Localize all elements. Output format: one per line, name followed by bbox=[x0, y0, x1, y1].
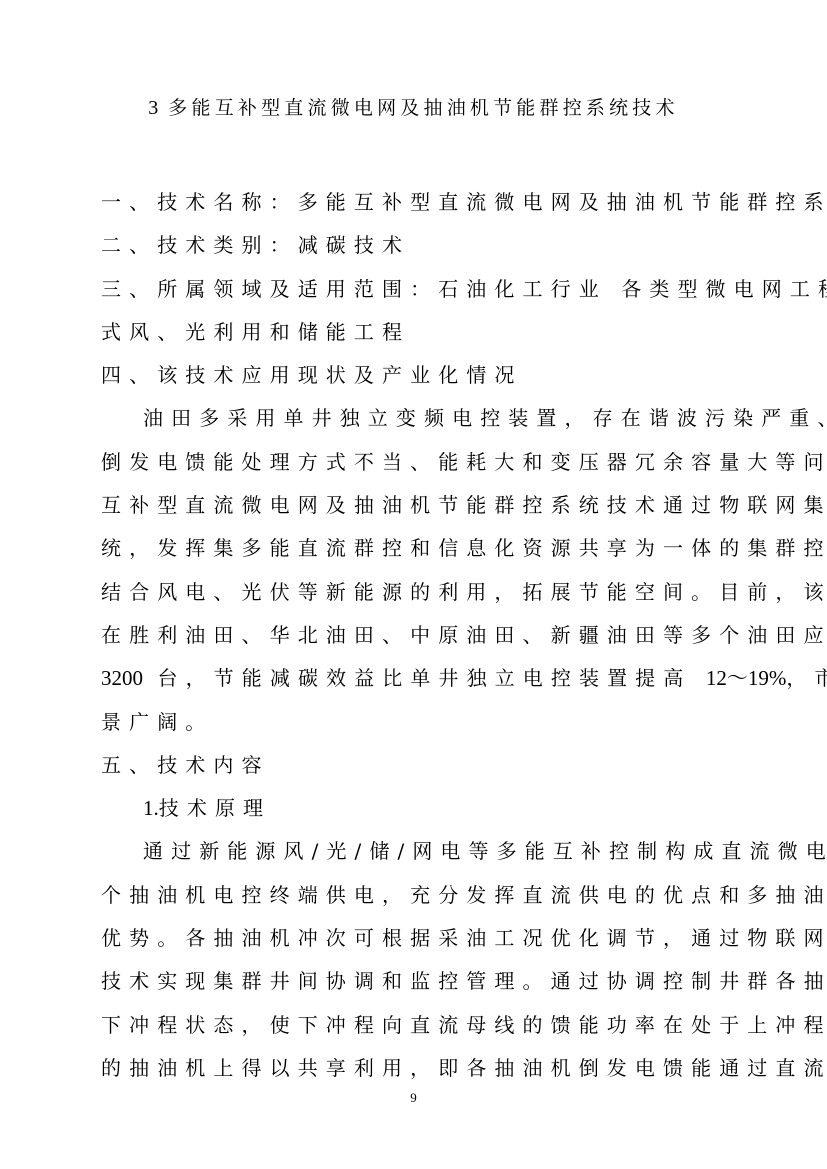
subsection-heading: 1.技术原理 bbox=[101, 787, 726, 830]
section-status-heading: 四、该技术应用现状及产业化情况 bbox=[101, 354, 726, 397]
section-heading: 二、技术类别： bbox=[101, 233, 298, 257]
section-application-scope-cont: 式风、光利用和储能工程 bbox=[101, 311, 726, 354]
paragraph-line: 结合风电、光伏等新能源的利用，拓展节能空间。目前，该技术已经 bbox=[101, 571, 726, 614]
section-value: 石油化工行业 各类型微电网工程及分布 bbox=[438, 277, 827, 301]
document-body: 一、技术名称：多能互补型直流微电网及抽油机节能群控系统技术 二、技术类别：减碳技… bbox=[101, 181, 726, 1090]
paragraph-line: 优势。各抽油机冲次可根据采油工况优化调节，通过物联网无线通讯 bbox=[101, 917, 726, 960]
paragraph-line: 个抽油机电控终端供电，充分发挥直流供电的优点和多抽油机的群体 bbox=[101, 874, 726, 917]
section-application-scope: 三、所属领域及适用范围：石油化工行业 各类型微电网工程及分布 bbox=[101, 268, 726, 311]
paragraph-line: 油田多采用单井独立变频电控装置，存在谐波污染严重、抽油机 bbox=[101, 397, 726, 440]
page-number: 9 bbox=[0, 1090, 827, 1106]
section-heading: 三、所属领域及适用范围： bbox=[101, 277, 438, 301]
section-value: 多能互补型直流微电网及抽油机节能群控系统技术 bbox=[298, 190, 827, 214]
paragraph-line: 3200 台，节能减碳效益比单井独立电控装置提高 12～19%，市场前 bbox=[101, 657, 726, 700]
section-technology-category: 二、技术类别：减碳技术 bbox=[101, 224, 726, 267]
subsection-number: 1. bbox=[143, 796, 159, 820]
paragraph-line: 在胜利油田、华北油田、中原油田、新疆油田等多个油田应用约 bbox=[101, 614, 726, 657]
section-content-heading: 五、技术内容 bbox=[101, 744, 726, 787]
section-heading: 一、技术名称： bbox=[101, 190, 298, 214]
paragraph-line: 通过新能源风/光/储/网电等多能互补控制构成直流微电网，为多 bbox=[101, 830, 726, 873]
paragraph-line: 下冲程状态，使下冲程向直流母线的馈能功率在处于上冲程耗能状态 bbox=[101, 1004, 726, 1047]
section-value: 减碳技术 bbox=[298, 233, 410, 257]
paragraph-line: 景广阔。 bbox=[101, 701, 726, 744]
document-page: 3多能互补型直流微电网及抽油机节能群控系统技术 一、技术名称：多能互补型直流微电… bbox=[0, 0, 827, 1169]
efficiency-range: 12～19% bbox=[706, 666, 787, 690]
paragraph-line: 的抽油机上得以共享利用，即各抽油机倒发电馈能通过直流母线互馈 bbox=[101, 1047, 726, 1090]
paragraph-line: 统，发挥集多能直流群控和信息化资源共享为一体的集群控制优势， bbox=[101, 527, 726, 570]
units-count: 3200 bbox=[101, 666, 143, 690]
paragraph-line: 互补型直流微电网及抽油机节能群控系统技术通过物联网集散群控系 bbox=[101, 484, 726, 527]
title-text: 多能互补型直流微电网及抽油机节能群控系统技术 bbox=[168, 97, 678, 119]
document-title: 3多能互补型直流微电网及抽油机节能群控系统技术 bbox=[0, 94, 827, 122]
paragraph-text: ，市场前 bbox=[786, 666, 827, 690]
section-technology-name: 一、技术名称：多能互补型直流微电网及抽油机节能群控系统技术 bbox=[101, 181, 726, 224]
paragraph-text: 台，节能减碳效益比单井独立电控装置提高 bbox=[157, 666, 691, 690]
subsection-title: 技术原理 bbox=[159, 796, 271, 820]
paragraph-line: 技术实现集群井间协调和监控管理。通过协调控制井群各抽油机上、 bbox=[101, 960, 726, 1003]
title-number: 3 bbox=[148, 97, 158, 119]
paragraph-line: 倒发电馈能处理方式不当、能耗大和变压器冗余容量大等问题。多能 bbox=[101, 441, 726, 484]
